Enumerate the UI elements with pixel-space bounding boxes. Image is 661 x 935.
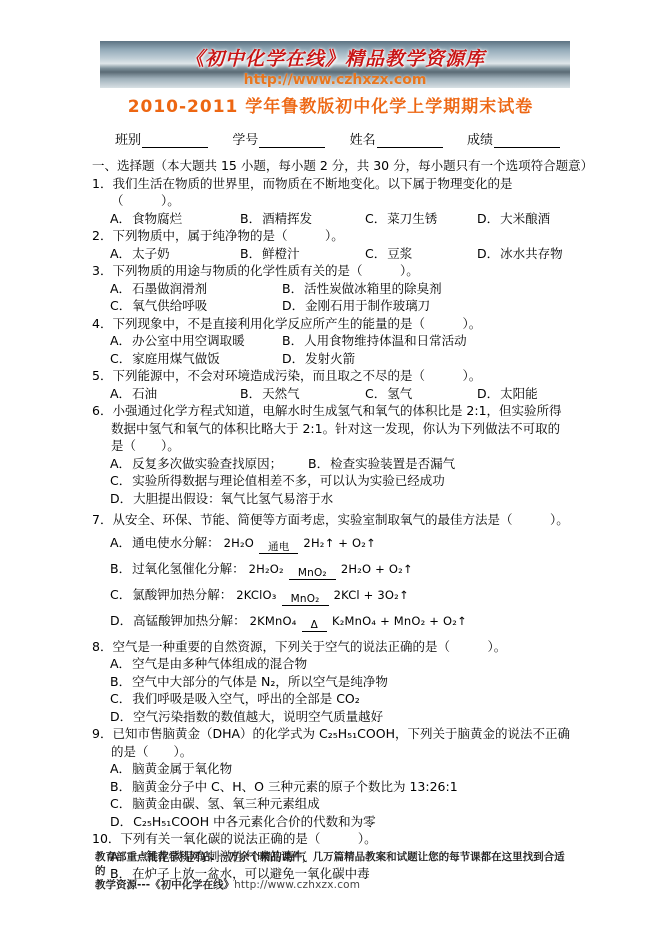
option: A．空气是由多种气体组成的混合物 [110,655,570,673]
option-text: 空气是由多种气体组成的混合物 [132,656,307,671]
option-label: C． [110,691,131,706]
option-text: C₂₅H₅₁COOH 中各元素化合价的代数和为零 [133,814,375,829]
option-text: 豆浆 [387,246,412,261]
option-text: 脑黄金由碳、氢、氧三种元素组成 [132,796,320,811]
question-3: 3．下列物质的用途与物质的化学性质有关的是（ ）。 A．石墨做润滑剂B．活性炭做… [92,262,570,315]
equation-product: 2H₂↑ + O₂↑ [303,536,375,550]
question-4: 4．下列现象中，不是直接利用化学反应所产生的能量的是（ ）。 A．办公室中用空调… [92,315,570,368]
option-text: 脑黄金属于氧化物 [132,761,232,776]
option: D．大米酿酒 [477,210,570,228]
option-text: 办公室中用空调取暖 [132,333,245,348]
option-label: B． [240,211,261,226]
option-text: 鲜橙汁 [262,246,300,261]
option: D．发射火箭 [282,350,570,368]
option-label: D． [110,814,132,829]
option: B．空气中大部分的气体是 N₂，所以空气是纯净物 [110,673,570,691]
question-2: 2．下列物质中，属于纯净物的是（ ）。 A．太子奶B．鲜橙汁C．豆浆D．冰水共存… [92,227,570,262]
question-number: 7． [92,512,112,527]
option-label: D． [282,298,304,313]
option-text: 活性炭做冰箱里的除臭剂 [304,281,442,296]
option-text: 实验所得数据与理论值相差不多，可以认为实验已经成功 [132,473,445,488]
question-text: 下列有关一氧化碳的说法正确的是（ ）。 [120,831,376,846]
option-description: 过氧化氢催化分解： [132,561,245,576]
question-stem: 5．下列能源中，不会对环境造成污染，而且取之不尽的是（ ）。 [92,367,570,385]
site-banner: 《初中化学在线》精品教学资源库 http://www.czhxzx.com [100,41,570,88]
option: C．氯酸钾加热分解：2KClO₃MnO₂2KCl + 3O₂↑ [110,586,570,606]
option: A．通电使水分解：2H₂O通电2H₂↑ + O₂↑ [110,534,570,554]
question-number: 9． [92,726,112,741]
option-text: 菜刀生锈 [387,211,437,226]
question-number: 5． [92,368,112,383]
question-stem: 6．小强通过化学方程式知道，电解水时生成氢气和氧气的体积比是 2:1，但实验所得… [92,402,570,455]
option: A．脑黄金属于氧化物 [110,760,570,778]
option: B．鲜橙汁 [240,245,365,263]
option-label: A． [110,246,131,261]
option: D．冰水共存物 [477,245,570,263]
exam-title: 2010-2011 学年鲁教版初中化学上学期期末试卷 [0,92,661,117]
option: C．豆浆 [365,245,477,263]
exam-body: 一、选择题（本大题共 15 小题，每小题 2 分，共 30 分，每小题只有一个选… [92,157,570,883]
exam-paper-page: 《初中化学在线》精品教学资源库 http://www.czhxzx.com 20… [0,0,661,935]
question-1: 1．我们生活在物质的世界里，而物质在不断地变化。以下属于物理变化的是（ ）。 A… [92,175,570,228]
option-text: 脑黄金分子中 C、H、O 三种元素的原子个数比为 13:26:1 [132,779,458,794]
option-label: A． [110,456,131,471]
footer-url-link[interactable]: http://www.czhxzx.com [234,879,360,891]
equation-reactant: 2H₂O [224,536,254,550]
option-label: D． [110,709,132,724]
option-label: B． [110,561,131,576]
question-number: 2． [92,228,112,243]
field-score-blank [494,134,560,148]
option-label: C． [365,211,386,226]
site-banner-url-link[interactable]: http://www.czhxzx.com [100,72,570,88]
question-text: 下列能源中，不会对环境造成污染，而且取之不尽的是（ ）。 [112,368,481,383]
option-label: C． [365,386,386,401]
equation-condition-line: 通电 [259,541,298,554]
option: A．太子奶 [110,245,240,263]
option: B．活性炭做冰箱里的除臭剂 [282,280,570,298]
question-text: 下列物质的用途与物质的化学性质有关的是（ ）。 [112,263,418,278]
option-text: 太阳能 [500,386,538,401]
question-stem: 3．下列物质的用途与物质的化学性质有关的是（ ）。 [92,262,570,280]
options-list: A．空气是由多种气体组成的混合物B．空气中大部分的气体是 N₂，所以空气是纯净物… [110,655,570,725]
option-text: 反复多次做实验查找原因； [132,456,282,471]
option-label: A． [110,281,131,296]
question-text: 已知市售脑黄金（DHA）的化学式为 C₂₅H₅₁COOH，下列关于脑黄金的说法不… [111,726,570,759]
field-score-label: 成绩 [467,129,493,148]
question-number: 6． [92,403,112,418]
question-8: 8．空气是一种重要的自然资源，下列关于空气的说法正确的是（ ）。 A．空气是由多… [92,638,570,726]
options-grid: A．办公室中用空调取暖B．人用食物维持体温和日常活动C．家庭用煤气做饭D．发射火… [110,332,570,367]
question-number: 3． [92,263,112,278]
field-name-label: 姓名 [350,129,376,148]
equation-condition-text: MnO₂ [298,567,327,579]
field-class-label: 班别 [115,129,141,148]
site-banner-title: 《初中化学在线》精品教学资源库 [100,41,570,71]
option-text: 大米酿酒 [500,211,550,226]
student-info-fields: 班别 学号 姓名 成绩 [115,129,560,148]
footer-promo-line2-text: 教学资源---《初中化学在线》 [95,879,234,891]
option-text: 石墨做润滑剂 [132,281,207,296]
option-text: 食物腐烂 [132,211,182,226]
field-class: 班别 [115,129,208,148]
option-text: 空气中大部分的气体是 N₂，所以空气是纯净物 [132,674,388,689]
option-text: 人用食物维持体温和日常活动 [304,333,467,348]
option-label: B． [282,333,303,348]
field-name: 姓名 [350,129,443,148]
option-label: A． [110,761,131,776]
equation-condition-text: 通电 [268,541,289,553]
field-student-number: 学号 [232,129,325,148]
option-label: D． [110,491,132,506]
option-label: D． [477,246,499,261]
question-7: 7．从安全、环保、节能、简便等方面考虑，实验室制取氧气的最佳方法是（ ）。 A．… [92,511,570,632]
question-number: 1． [92,176,112,191]
option-label: B． [240,386,261,401]
option: C．实验所得数据与理论值相差不多，可以认为实验已经成功 [110,472,570,490]
option: B．人用食物维持体温和日常活动 [282,332,570,350]
option: D．C₂₅H₅₁COOH 中各元素化合价的代数和为零 [110,813,570,831]
option-text: 大胆提出假设：氧气比氢气易溶于水 [133,491,333,506]
question-number: 8． [92,639,112,654]
option: B．酒精挥发 [240,210,365,228]
question-text: 小强通过化学方程式知道，电解水时生成氢气和氧气的体积比是 2:1，但实验所得数据… [111,403,562,453]
option-label: B． [110,779,131,794]
option: C．菜刀生锈 [365,210,477,228]
question-number: 4． [92,316,112,331]
question-stem: 1．我们生活在物质的世界里，而物质在不断地变化。以下属于物理变化的是（ ）。 [92,175,570,210]
option-label: C． [110,796,131,811]
option: B．检查实验装置是否漏气 [308,455,570,473]
question-stem: 8．空气是一种重要的自然资源，下列关于空气的说法正确的是（ ）。 [92,638,570,656]
option-label: A． [110,333,131,348]
option-description: 通电使水分解： [132,535,220,550]
option: D．太阳能 [477,385,570,403]
question-stem: 4．下列现象中，不是直接利用化学反应所产生的能量的是（ ）。 [92,315,570,333]
option-text: 氢气 [387,386,412,401]
question-text: 空气是一种重要的自然资源，下列关于空气的说法正确的是（ ）。 [112,639,506,654]
equation-condition-line: MnO₂ [282,593,329,606]
field-student-number-blank [259,134,325,148]
option-text: 太子奶 [132,246,170,261]
option-label: C． [110,298,131,313]
option-description: 高锰酸钾加热分解： [133,613,246,628]
option: C．氢气 [365,385,477,403]
option: D．金刚石用于制作玻璃刀 [282,297,570,315]
equation-product: 2KCl + 3O₂↑ [334,588,409,602]
option-text: 冰水共存物 [500,246,563,261]
option: B．天然气 [240,385,365,403]
option-label: A． [110,211,131,226]
option: C．家庭用煤气做饭 [110,350,282,368]
equation-condition-line: Δ [302,619,327,632]
option-text: 家庭用煤气做饭 [132,351,220,366]
equation-reactant: 2KMnO₄ [250,614,297,628]
option: A．食物腐烂 [110,210,240,228]
footer-promo-line1: 教育部重点推荐学科网站. 一万余个精品课件，几万篇精品教案和试题让您的每节课都在… [95,850,573,878]
option-label: D． [477,211,499,226]
option-description: 氯酸钾加热分解： [132,587,232,602]
option: A．办公室中用空调取暖 [110,332,282,350]
option: D．高锰酸钾加热分解：2KMnO₄ΔK₂MnO₄ + MnO₂ + O₂↑ [110,612,570,632]
options-grid: A．石墨做润滑剂B．活性炭做冰箱里的除臭剂C．氧气供给呼吸D．金刚石用于制作玻璃… [110,280,570,315]
options-equations: A．通电使水分解：2H₂O通电2H₂↑ + O₂↑B．过氧化氢催化分解：2H₂O… [110,534,570,632]
option-label: D． [282,351,304,366]
option-label: C． [110,587,131,602]
option: B．过氧化氢催化分解：2H₂O₂MnO₂2H₂O + O₂↑ [110,560,570,580]
equation-reactant: 2KClO₃ [236,588,276,602]
option-label: B． [308,456,329,471]
option-text: 我们呼吸是吸入空气，呼出的全部是 CO₂ [132,691,360,706]
question-stem: 7．从安全、环保、节能、简便等方面考虑，实验室制取氧气的最佳方法是（ ）。 [92,511,570,529]
option-label: C． [110,473,131,488]
options-grid: A．食物腐烂B．酒精挥发C．菜刀生锈D．大米酿酒 [110,210,570,228]
footer-promo-line2: 教学资源---《初中化学在线》http://www.czhxzx.com [95,878,573,892]
options-grid: A．石油B．天然气C．氢气D．太阳能 [110,385,570,403]
option: C．我们呼吸是吸入空气，呼出的全部是 CO₂ [110,690,570,708]
option-label: A． [110,535,131,550]
option-label: B． [282,281,303,296]
field-student-number-label: 学号 [232,129,258,148]
option: A．石油 [110,385,240,403]
field-name-blank [377,134,443,148]
question-6: 6．小强通过化学方程式知道，电解水时生成氢气和氧气的体积比是 2:1，但实验所得… [92,402,570,507]
option-label: B． [110,674,131,689]
question-text: 下列现象中，不是直接利用化学反应所产生的能量的是（ ）。 [112,316,481,331]
option-text: 氧气供给呼吸 [132,298,207,313]
option: D．空气污染指数的数值越大，说明空气质量越好 [110,708,570,726]
question-5: 5．下列能源中，不会对环境造成污染，而且取之不尽的是（ ）。 A．石油B．天然气… [92,367,570,402]
equation-condition-text: Δ [311,619,318,631]
equation-condition-line: MnO₂ [289,567,336,580]
option-text: 天然气 [262,386,300,401]
question-stem: 10．下列有关一氧化碳的说法正确的是（ ）。 [92,830,570,848]
equation-product: K₂MnO₄ + MnO₂ + O₂↑ [332,614,467,628]
option-label: C． [365,246,386,261]
option-text: 发射火箭 [305,351,355,366]
option-label: C． [110,351,131,366]
option-label: B． [240,246,261,261]
section-heading: 一、选择题（本大题共 15 小题，每小题 2 分，共 30 分，每小题只有一个选… [92,157,570,175]
option: C．脑黄金由碳、氢、氧三种元素组成 [110,795,570,813]
equation-product: 2H₂O + O₂↑ [341,562,413,576]
question-text: 从安全、环保、节能、简便等方面考虑，实验室制取氧气的最佳方法是（ ）。 [112,512,568,527]
option-label: D． [477,386,499,401]
equation-reactant: 2H₂O₂ [249,562,284,576]
question-text: 下列物质中，属于纯净物的是（ ）。 [112,228,343,243]
options-list: A．脑黄金属于氧化物B．脑黄金分子中 C、H、O 三种元素的原子个数比为 13:… [110,760,570,830]
option: A．石墨做润滑剂 [110,280,282,298]
option-text: 检查实验装置是否漏气 [330,456,455,471]
option-label: A． [110,386,131,401]
footer-promo: 教育部重点推荐学科网站. 一万余个精品课件，几万篇精品教案和试题让您的每节课都在… [95,850,573,892]
field-class-blank [142,134,208,148]
question-stem: 2．下列物质中，属于纯净物的是（ ）。 [92,227,570,245]
equation-condition-text: MnO₂ [291,593,320,605]
option: B．脑黄金分子中 C、H、O 三种元素的原子个数比为 13:26:1 [110,778,570,796]
option-text: 石油 [132,386,157,401]
field-score: 成绩 [467,129,560,148]
option-text: 空气污染指数的数值越大，说明空气质量越好 [133,709,383,724]
question-text: 我们生活在物质的世界里，而物质在不断地变化。以下属于物理变化的是（ ）。 [111,176,512,209]
option: A．反复多次做实验查找原因； [110,455,308,473]
question-9: 9．已知市售脑黄金（DHA）的化学式为 C₂₅H₅₁COOH，下列关于脑黄金的说… [92,725,570,830]
option-text: 酒精挥发 [262,211,312,226]
option-label: D． [110,613,132,628]
options-grid: A．反复多次做实验查找原因；B．检查实验装置是否漏气C．实验所得数据与理论值相差… [110,455,570,508]
option: C．氧气供给呼吸 [110,297,282,315]
question-stem: 9．已知市售脑黄金（DHA）的化学式为 C₂₅H₅₁COOH，下列关于脑黄金的说… [92,725,570,760]
option: D．大胆提出假设：氧气比氢气易溶于水 [110,490,570,508]
options-grid: A．太子奶B．鲜橙汁C．豆浆D．冰水共存物 [110,245,570,263]
question-number: 10． [92,831,120,846]
option-label: A． [110,656,131,671]
option-text: 金刚石用于制作玻璃刀 [305,298,430,313]
